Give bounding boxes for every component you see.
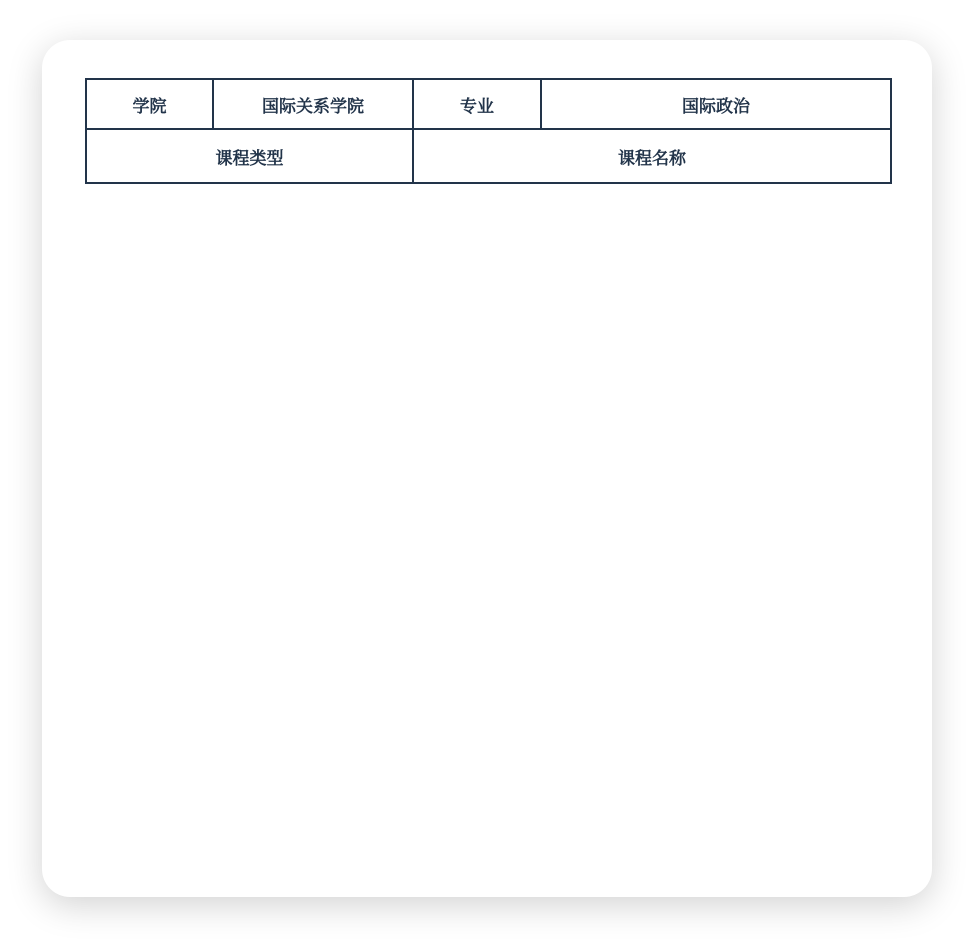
major-value-cell: 国际政治 [541,79,891,129]
course-type-header-cell: 课程类型 [86,129,413,183]
content-card: 学院 国际关系学院 专业 国际政治 课程类型 课程名称 [42,40,932,897]
college-value-cell: 国际关系学院 [213,79,413,129]
curriculum-table: 学院 国际关系学院 专业 国际政治 课程类型 课程名称 [85,78,892,184]
course-name-header-cell: 课程名称 [413,129,891,183]
info-row: 学院 国际关系学院 专业 国际政治 [86,79,891,129]
column-header-row: 课程类型 课程名称 [86,129,891,183]
college-label-cell: 学院 [86,79,213,129]
major-label-cell: 专业 [413,79,541,129]
